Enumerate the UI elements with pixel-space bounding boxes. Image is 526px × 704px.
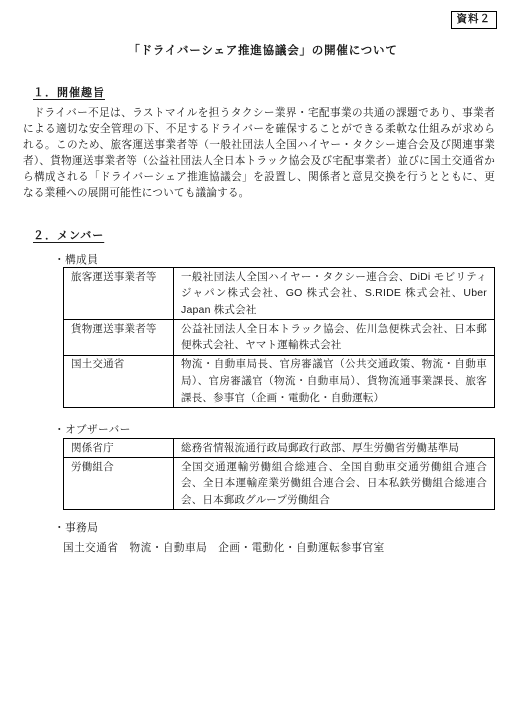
observer-detail-cell: 全国交通運輸労働組合総連合、全国自動車交通労働組合連合会、全日本運輸産業労働組合… bbox=[174, 458, 495, 510]
observers-table: 関係省庁 総務省情報流通行政局郵政行政部、厚生労働省労働基準局 労働組合 全国交… bbox=[63, 438, 495, 510]
member-detail-cell: 公益社団法人全日本トラック協会、佐川急便株式会社、日本郵便株式会社、ヤマト運輸株… bbox=[174, 320, 495, 356]
page-title: 「ドライバーシェア推進協議会」の開催について bbox=[0, 42, 526, 58]
observer-category-cell: 労働組合 bbox=[64, 458, 174, 510]
document-tag-label: 資料２ bbox=[457, 13, 492, 25]
document-page: 資料２ 「ドライバーシェア推進協議会」の開催について １．開催趣旨 ドライバー不… bbox=[0, 0, 526, 704]
observers-label: ・オブザーバー bbox=[54, 422, 131, 437]
secretariat-detail: 国土交通省 物流・自動車局 企画・電動化・自動運転参事官室 bbox=[63, 540, 385, 555]
member-category-cell: 旅客運送事業者等 bbox=[64, 268, 174, 320]
table-row: 国土交通省 物流・自動車局長、官房審議官（公共交通政策、物流・自動車局）、官房審… bbox=[64, 355, 495, 407]
members-label: ・構成員 bbox=[54, 252, 98, 267]
observers-table-body: 関係省庁 総務省情報流通行政局郵政行政部、厚生労働省労働基準局 労働組合 全国交… bbox=[64, 439, 495, 510]
members-table-body: 旅客運送事業者等 一般社団法人全国ハイヤー・タクシー連合会、DiDi モビリティ… bbox=[64, 268, 495, 408]
table-row: 旅客運送事業者等 一般社団法人全国ハイヤー・タクシー連合会、DiDi モビリティ… bbox=[64, 268, 495, 320]
section1-body-paragraph: ドライバー不足は、ラストマイルを担うタクシー業界・宅配事業の共通の課題であり、事… bbox=[23, 105, 495, 202]
members-table: 旅客運送事業者等 一般社団法人全国ハイヤー・タクシー連合会、DiDi モビリティ… bbox=[63, 267, 495, 408]
document-tag-badge: 資料２ bbox=[451, 11, 498, 29]
member-category-cell: 貨物運送事業者等 bbox=[64, 320, 174, 356]
observer-category-cell: 関係省庁 bbox=[64, 439, 174, 458]
observer-detail-cell: 総務省情報流通行政局郵政行政部、厚生労働省労働基準局 bbox=[174, 439, 495, 458]
section1-heading: １．開催趣旨 bbox=[33, 84, 105, 100]
table-row: 関係省庁 総務省情報流通行政局郵政行政部、厚生労働省労働基準局 bbox=[64, 439, 495, 458]
member-category-cell: 国土交通省 bbox=[64, 355, 174, 407]
member-detail-cell: 一般社団法人全国ハイヤー・タクシー連合会、DiDi モビリティジャパン株式会社、… bbox=[174, 268, 495, 320]
secretariat-label: ・事務局 bbox=[54, 520, 98, 535]
table-row: 貨物運送事業者等 公益社団法人全日本トラック協会、佐川急便株式会社、日本郵便株式… bbox=[64, 320, 495, 356]
member-detail-cell: 物流・自動車局長、官房審議官（公共交通政策、物流・自動車局）、官房審議官（物流・… bbox=[174, 355, 495, 407]
section2-heading: ２．メンバー bbox=[33, 227, 104, 243]
table-row: 労働組合 全国交通運輸労働組合総連合、全国自動車交通労働組合連合会、全日本運輸産… bbox=[64, 458, 495, 510]
